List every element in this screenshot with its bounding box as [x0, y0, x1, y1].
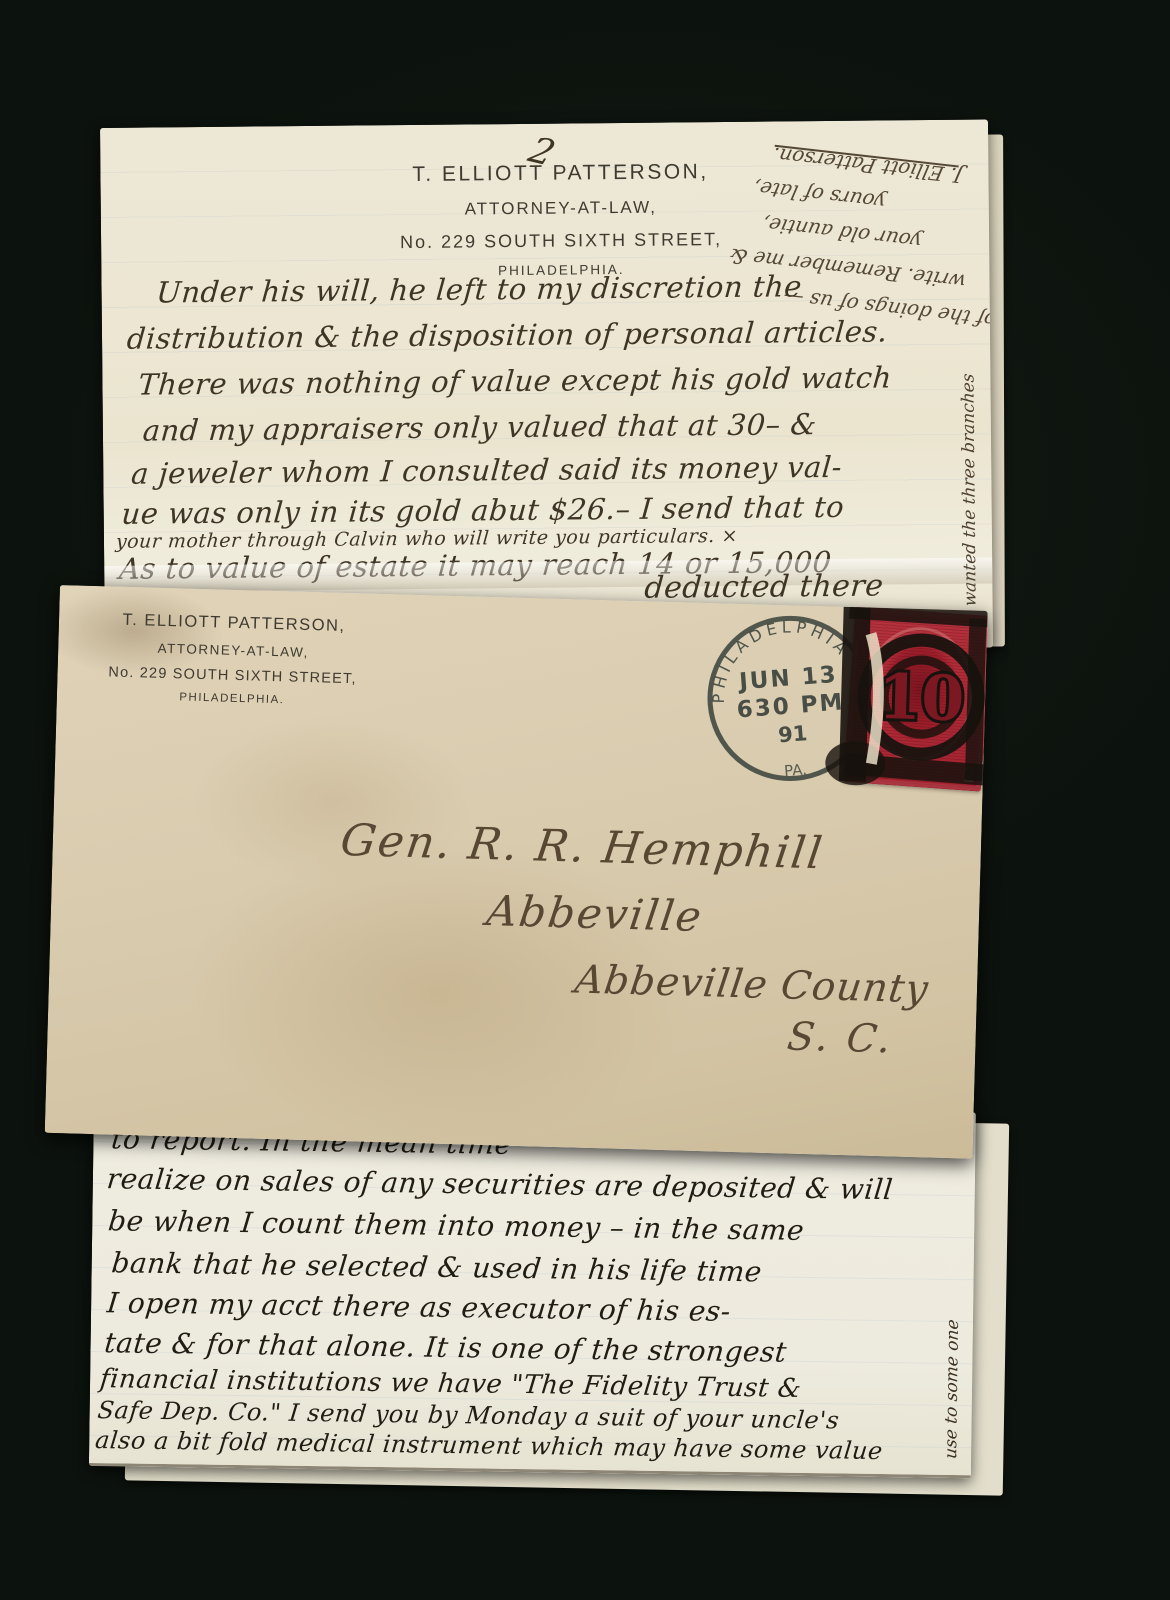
letter-line: I open my acct there as executor of his …: [105, 1286, 732, 1328]
bottom-letter-sheet: to report. In the mean time realize on s…: [89, 1100, 976, 1478]
margin-note-vertical: use to some one: [941, 1318, 963, 1459]
address-city: Abbeville: [484, 886, 988, 949]
letter-line: Under his will, he left to my discretion…: [155, 269, 803, 309]
corner-card-name: T. ELLIOTT PATTERSON,: [89, 610, 379, 637]
letter-line: distribution & the disposition of person…: [126, 314, 889, 355]
margin-note-vertical: for I wanted the three branches: [958, 373, 981, 650]
postmark-state: PA.: [783, 760, 807, 780]
letter-line: a jeweler whom I consulted said its mone…: [130, 450, 843, 491]
envelope: T. ELLIOTT PATTERSON, ATTORNEY-AT-LAW, N…: [45, 585, 988, 1159]
top-letter-sheet: 2 T. ELLIOTT PATTERSON, ATTORNEY-AT-LAW,…: [100, 119, 993, 655]
envelope-corner-card: T. ELLIOTT PATTERSON, ATTORNEY-AT-LAW, N…: [87, 610, 379, 709]
letter-line: tate & for that alone. It is one of the …: [103, 1326, 789, 1368]
corner-card-city: PHILADELPHIA.: [87, 689, 377, 709]
address-recipient: Gen. R. R. Hemphill: [338, 815, 988, 884]
envelope-address: Gen. R. R. Hemphill Abbeville Abbeville …: [335, 815, 987, 1065]
cancel-number: 10: [877, 660, 965, 735]
letter-line: and my appraisers only valued that at 30…: [142, 407, 818, 447]
corner-card-street: No. 229 SOUTH SIXTH STREET,: [87, 664, 377, 688]
address-county: Abbeville County: [572, 958, 987, 1015]
letter-line: realize on sales of any securities are d…: [105, 1162, 894, 1206]
letter-line: be when I count them into money – in the…: [107, 1204, 806, 1247]
inverted-closing-note: of the doings of us — write. Remember me…: [628, 119, 993, 338]
letter-line: bank that he selected & used in his life…: [110, 1246, 764, 1288]
photo-background: 2 T. ELLIOTT PATTERSON, ATTORNEY-AT-LAW,…: [0, 0, 1170, 1600]
hidden-line-fragment: deducted there: [643, 568, 885, 605]
letter-line: There was nothing of value except his go…: [137, 360, 893, 401]
corner-card-title: ATTORNEY-AT-LAW,: [88, 639, 378, 662]
cancel-10-killer: 10: [814, 602, 988, 811]
address-state: S. C.: [785, 1015, 988, 1066]
postmark-year: 91: [777, 721, 808, 747]
